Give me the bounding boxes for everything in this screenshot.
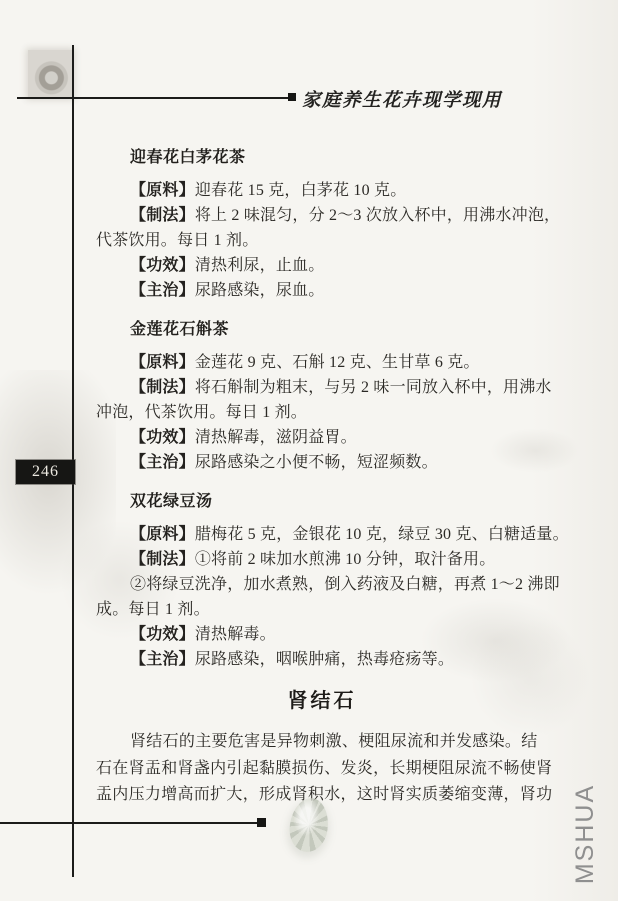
recipe-line: 【功效】清热解毒。 xyxy=(130,622,558,647)
paragraph-line: 石在肾盂和肾盏内引起黏膜损伤、发炎，长期梗阻尿流不畅使肾 xyxy=(96,756,558,783)
field-label: 【主治】 xyxy=(130,282,195,299)
header-rule xyxy=(17,97,288,99)
field-label: 【制法】 xyxy=(130,551,195,568)
recipe-line: 【主治】尿路感染，咽喉肿痛，热毒疮疡等。 xyxy=(130,647,558,672)
recipe-block: 金莲花石斛茶 【原料】金莲花 9 克、石斛 12 克、生甘草 6 克。 【制法】… xyxy=(96,318,558,475)
field-text: 清热解毒。 xyxy=(195,626,276,643)
field-text: 腊梅花 5 克，金银花 10 克，绿豆 30 克、白糖适量。 xyxy=(195,526,569,543)
recipe-line: 【制法】①将前 2 味加水煎沸 10 分钟，取汁备用。 xyxy=(130,547,558,572)
field-text: 代茶饮用。每日 1 剂。 xyxy=(96,232,258,249)
footer-rule xyxy=(0,822,258,824)
field-text: 冲泡，代茶饮用。每日 1 剂。 xyxy=(96,404,307,421)
recipe-line: 【原料】迎春花 15 克，白茅花 10 克。 xyxy=(130,178,558,203)
recipe-line: 【功效】清热利尿，止血。 xyxy=(130,253,558,278)
field-text: 成。每日 1 剂。 xyxy=(96,601,210,618)
paragraph-line: 肾结石的主要危害是异物刺激、梗阻尿流和并发感染。结 xyxy=(130,729,558,756)
recipe-line: 【制法】将上 2 味混匀，分 2～3 次放入杯中，用沸水冲泡， xyxy=(130,203,558,228)
section-title: 肾结石 xyxy=(86,688,558,714)
publisher-stamp-icon xyxy=(28,50,73,98)
recipe-block: 双花绿豆汤 【原料】腊梅花 5 克，金银花 10 克，绿豆 30 克、白糖适量。… xyxy=(96,490,558,672)
page-number-badge: 246 xyxy=(16,460,75,484)
field-text: 金莲花 9 克、石斛 12 克、生甘草 6 克。 xyxy=(195,354,480,371)
recipe-line: 【原料】金莲花 9 克、石斛 12 克、生甘草 6 克。 xyxy=(130,350,558,375)
recipe-line: 冲泡，代茶饮用。每日 1 剂。 xyxy=(96,400,558,425)
recipe-line: 【原料】腊梅花 5 克，金银花 10 克，绿豆 30 克、白糖适量。 xyxy=(130,522,558,547)
field-text: 尿路感染，咽喉肿痛，热毒疮疡等。 xyxy=(195,651,454,668)
field-text: ①将前 2 味加水煎沸 10 分钟，取汁备用。 xyxy=(195,551,496,568)
recipe-line: 成。每日 1 剂。 xyxy=(96,597,558,622)
page-content: 迎春花白茅花茶 【原料】迎春花 15 克，白茅花 10 克。 【制法】将上 2 … xyxy=(96,146,558,809)
recipe-line: 代茶饮用。每日 1 剂。 xyxy=(96,228,558,253)
square-bullet-icon xyxy=(288,93,296,101)
square-bullet-icon xyxy=(257,818,266,827)
field-label: 【原料】 xyxy=(130,526,195,543)
recipe-title: 迎春花白茅花茶 xyxy=(130,146,558,170)
recipe-title: 双花绿豆汤 xyxy=(130,490,558,514)
field-label: 【原料】 xyxy=(130,182,195,199)
recipe-line: 【功效】清热解毒，滋阴益胃。 xyxy=(130,425,558,450)
field-label: 【制法】 xyxy=(130,379,195,396)
running-head-title: 家庭养生花卉现学现用 xyxy=(302,86,532,112)
field-text: 尿路感染之小便不畅，短涩频数。 xyxy=(195,454,438,471)
scanned-book-page: 家庭养生花卉现学现用 246 迎春花白茅花茶 【原料】迎春花 15 克，白茅花 … xyxy=(0,0,618,901)
recipe-line: 【制法】将石斛制为粗末，与另 2 味一同放入杯中，用沸水 xyxy=(130,375,558,400)
field-label: 【制法】 xyxy=(130,207,195,224)
recipe-title: 金莲花石斛茶 xyxy=(130,318,558,342)
field-label: 【主治】 xyxy=(130,651,195,668)
field-label: 【主治】 xyxy=(130,454,195,471)
field-text: 迎春花 15 克，白茅花 10 克。 xyxy=(195,182,407,199)
field-text: 将石斛制为粗末，与另 2 味一同放入杯中，用沸水 xyxy=(195,379,552,396)
site-watermark-text: MSHUA xyxy=(571,769,599,899)
recipe-block: 迎春花白茅花茶 【原料】迎春花 15 克，白茅花 10 克。 【制法】将上 2 … xyxy=(96,146,558,303)
field-text: 将上 2 味混匀，分 2～3 次放入杯中，用沸水冲泡， xyxy=(195,207,560,224)
field-label: 【功效】 xyxy=(130,429,195,446)
field-label: 【功效】 xyxy=(130,257,195,274)
field-text: ②将绿豆洗净，加水煮熟，倒入药液及白糖，再煮 1～2 沸即 xyxy=(130,576,560,593)
field-label: 【功效】 xyxy=(130,626,195,643)
recipe-line: ②将绿豆洗净，加水煮熟，倒入药液及白糖，再煮 1～2 沸即 xyxy=(130,572,558,597)
recipe-line: 【主治】尿路感染，尿血。 xyxy=(130,278,558,303)
field-text: 尿路感染，尿血。 xyxy=(195,282,325,299)
field-text: 清热利尿，止血。 xyxy=(195,257,325,274)
recipe-line: 【主治】尿路感染之小便不畅，短涩频数。 xyxy=(130,450,558,475)
paragraph-line: 盂内压力增高而扩大，形成肾积水，这时肾实质萎缩变薄，肾功 xyxy=(96,782,558,809)
field-label: 【原料】 xyxy=(130,354,195,371)
field-text: 清热解毒，滋阴益胃。 xyxy=(195,429,357,446)
